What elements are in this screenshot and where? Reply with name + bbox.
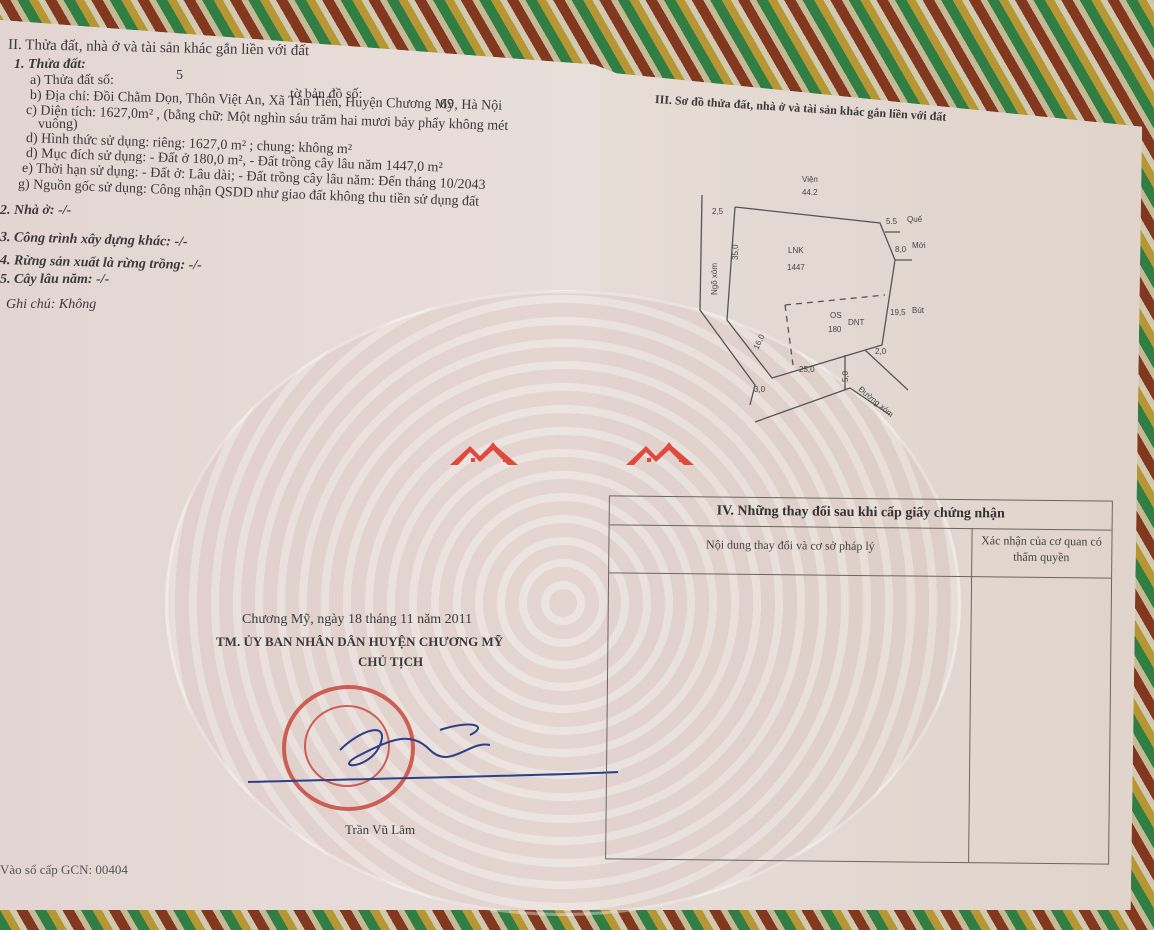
svg-text:Ngõ xóm: Ngõ xóm: [710, 263, 719, 295]
house-logo-icon: [624, 438, 704, 468]
svg-text:2,0: 2,0: [875, 347, 887, 356]
house-item: 2. Nhà ở: -/-: [0, 203, 71, 219]
svg-text:2,5: 2,5: [712, 207, 724, 216]
svg-text:5.5: 5.5: [886, 217, 898, 226]
sign-date: Chương Mỹ, ngày 18 tháng 11 năm 2011: [242, 612, 472, 628]
svg-text:Mới: Mới: [912, 241, 926, 250]
svg-text:Đường xóm: Đường xóm: [857, 385, 896, 420]
changes-table: IV. Những thay đổi sau khi cấp giấy chứn…: [605, 495, 1113, 864]
authority: TM. ỦY BAN NHÂN DÂN HUYỆN CHƯƠNG MỸ: [216, 634, 503, 650]
svg-text:OS: OS: [830, 311, 842, 320]
signature: [240, 710, 630, 790]
svg-text:5,0: 5,0: [841, 370, 850, 382]
note: Ghi chú: Không: [6, 297, 96, 313]
perennial-item: 5. Cây lâu năm: -/-: [0, 272, 109, 288]
svg-text:19,5: 19,5: [890, 308, 906, 317]
svg-text:25,0: 25,0: [799, 365, 815, 374]
signer-name: Trần Vũ Lâm: [345, 822, 415, 838]
svg-text:35,0: 35,0: [731, 244, 740, 260]
area-line-cont: vuông): [38, 117, 78, 133]
svg-text:1447: 1447: [787, 263, 805, 272]
position: CHỦ TỊCH: [358, 654, 423, 670]
svg-text:LNK: LNK: [788, 246, 804, 255]
column-divider: [968, 528, 972, 862]
parcel-plan-diagram: Viện 44.2 2,5 5.5 Quế 8,0 Mới 19,5 Bút L…: [690, 160, 950, 430]
svg-text:180: 180: [828, 325, 842, 334]
cert-number: Vào sổ cấp GCN: 00404: [0, 862, 128, 878]
svg-text:DNT: DNT: [848, 318, 865, 327]
svg-text:44.2: 44.2: [802, 188, 818, 197]
parcel-number-value: 5: [176, 68, 183, 84]
svg-text:8,0: 8,0: [895, 245, 907, 254]
svg-text:Quế: Quế: [907, 215, 923, 224]
svg-text:3,0: 3,0: [754, 385, 766, 394]
house-logo-icon: [448, 438, 528, 468]
column-header-confirmation: Xác nhận của cơ quan có thẩm quyền: [971, 532, 1111, 565]
svg-text:16,0: 16,0: [752, 332, 767, 350]
parcel-number-label: a) Thửa đất số:: [30, 73, 114, 89]
svg-text:Bút: Bút: [912, 306, 925, 315]
subsection-1-title: 1. Thửa đất:: [14, 57, 86, 73]
svg-text:Viện: Viện: [802, 175, 818, 184]
